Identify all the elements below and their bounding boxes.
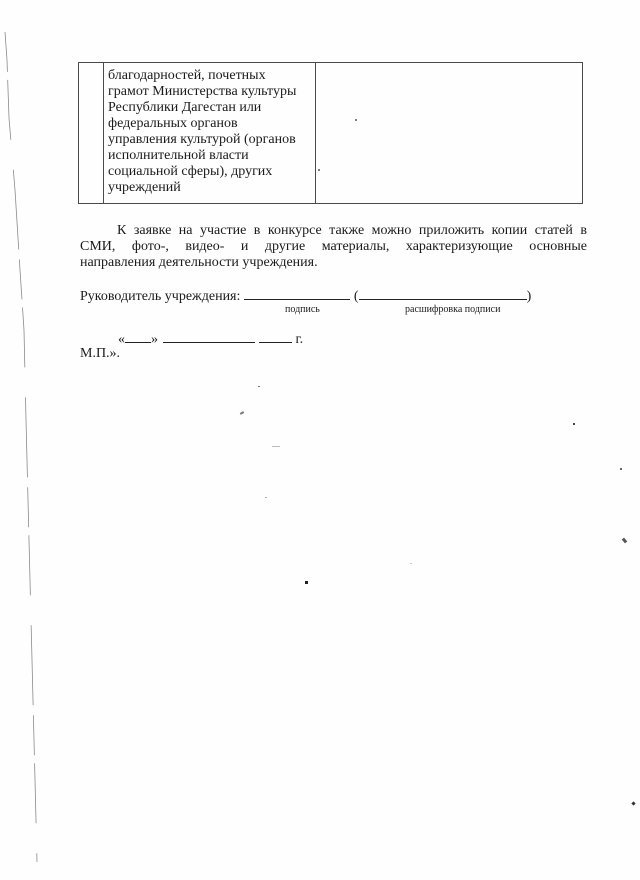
date-row: «» г. — [118, 330, 303, 348]
year-field[interactable] — [259, 330, 292, 343]
scan-speck — [318, 169, 320, 171]
scan-speck — [573, 423, 575, 425]
description-line: Республики Дагестан или — [108, 100, 315, 116]
awards-table: благодарностей, почетных грамот Министер… — [78, 62, 583, 204]
table-cell-value — [316, 63, 582, 203]
description-line: исполнительной власти — [108, 148, 315, 164]
paragraph-line: СМИ, фото-, видео- и другие материалы, х… — [80, 239, 587, 255]
scan-speck — [355, 119, 357, 121]
attachments-note: К заявке на участие в конкурсе также мож… — [80, 223, 587, 271]
scan-speck — [631, 801, 635, 805]
signature-caption: подпись — [285, 304, 320, 316]
signature-decode-caption: расшифровка подписи — [405, 304, 500, 316]
description-line: учреждений — [108, 180, 315, 196]
scan-speck — [272, 446, 280, 447]
close-quote: » — [151, 332, 158, 347]
open-quote: « — [118, 332, 125, 347]
scan-speck — [622, 538, 628, 544]
stamp-place-label: М.П.». — [80, 346, 120, 362]
paragraph-line: К заявке на участие в конкурсе также мож… — [80, 223, 587, 239]
scan-speck — [305, 581, 308, 584]
signature-label: Руководитель учреждения: — [80, 289, 240, 304]
description-line: федеральных органов — [108, 116, 315, 132]
paragraph-line: направления деятельности учреждения. — [80, 255, 587, 271]
description-line: грамот Министерства культуры — [108, 84, 315, 100]
scan-speck — [410, 563, 412, 564]
close-paren: ) — [527, 289, 532, 304]
scan-speck — [265, 497, 267, 498]
scan-edge-line — [0, 0, 60, 880]
scan-speck — [258, 386, 260, 387]
day-field[interactable] — [125, 330, 151, 343]
table-cell-number — [79, 63, 104, 203]
signature-decode-field[interactable] — [359, 287, 527, 300]
description-line: благодарностей, почетных — [108, 68, 315, 84]
scan-speck — [240, 411, 244, 415]
month-field[interactable] — [163, 330, 255, 343]
signature-field[interactable] — [244, 287, 350, 300]
description-line: социальной сферы), других — [108, 164, 315, 180]
table-cell-description: благодарностей, почетных грамот Министер… — [104, 63, 316, 203]
year-suffix: г. — [296, 332, 304, 347]
signature-row: Руководитель учреждения: () — [80, 287, 531, 305]
scan-speck — [620, 468, 622, 470]
description-line: управления культурой (органов — [108, 132, 315, 148]
document-page: благодарностей, почетных грамот Министер… — [0, 0, 640, 880]
